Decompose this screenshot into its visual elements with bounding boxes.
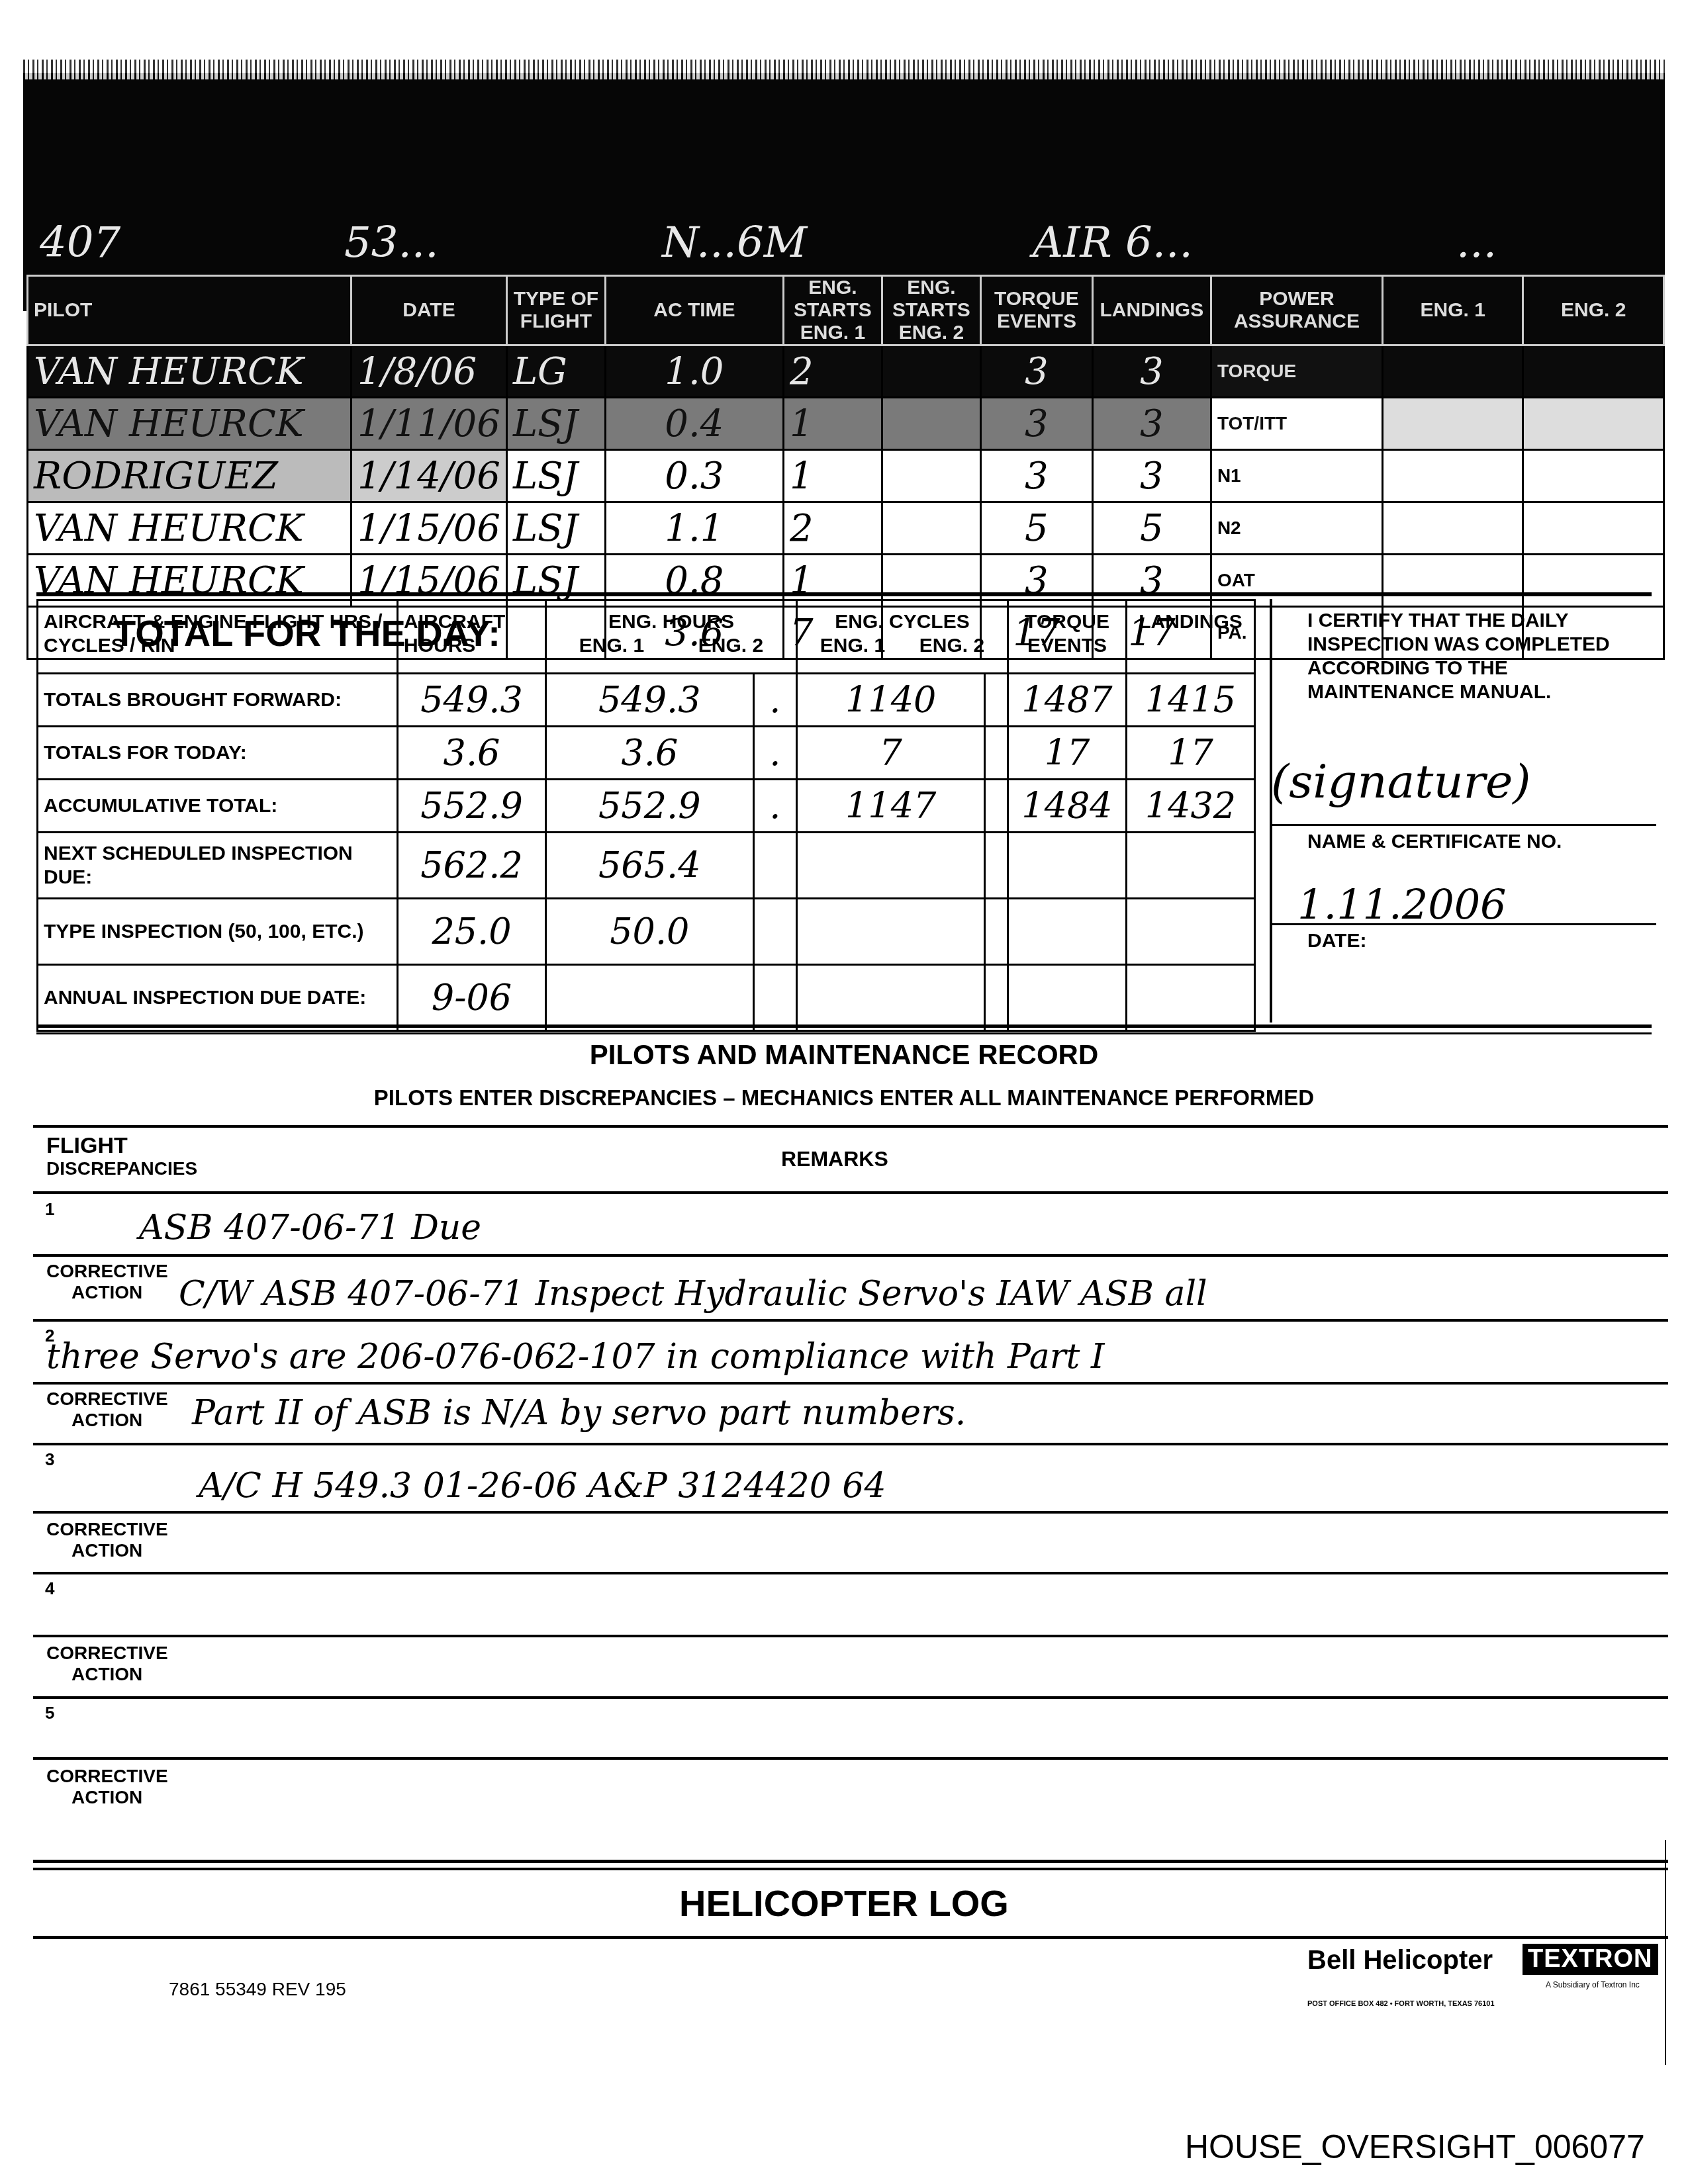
torque-events: 1487 [1008, 674, 1127, 727]
starts-eng1: 1 [783, 398, 882, 450]
divider [33, 1443, 1668, 1445]
torque-events [1008, 965, 1127, 1031]
cert-divider [1270, 599, 1272, 1023]
flight-row: VAN HEURCK 1/15/06 LSJ 1.1 2 5 5 N2 [28, 502, 1664, 555]
eng1-hours: 565.4 [546, 833, 754, 899]
name-certificate-label: NAME & CERTIFICATE NO. [1307, 831, 1562, 853]
aircraft-hours-header: AIRCRAFT HOURS [398, 600, 546, 674]
flight-date: 1/8/06 [352, 345, 507, 398]
corrective-action-label: CORRECTIVEACTION [46, 1261, 168, 1303]
eng2-sub: ENG. 2 [698, 634, 763, 658]
eng1-hours: 549.3 [546, 674, 754, 727]
eng2-cycles [985, 833, 1008, 899]
pa-eng1-value [1382, 555, 1523, 607]
corrective-word: CORRECTIVE [46, 1388, 168, 1410]
form-title: HELICOPTER LOG [0, 1882, 1688, 1925]
torque-events: 3 [980, 398, 1092, 450]
eng1-hours [546, 965, 754, 1031]
discrepancy-text: A/C H 549.3 01-26-06 A&P 3124420 64 [199, 1466, 886, 1506]
flight-row: VAN HEURCK 1/11/06 LSJ 0.4 1 3 3 TOT/ITT [28, 398, 1664, 450]
torque-events: 3 [980, 345, 1092, 398]
pa-eng1-value [1382, 345, 1523, 398]
corrective-word: CORRECTIVE [46, 1519, 168, 1540]
col-pa-eng2: ENG. 2 [1523, 276, 1664, 345]
divider [33, 1696, 1668, 1699]
pa-eng1-value [1382, 450, 1523, 502]
pa-label: TOT/ITT [1211, 398, 1382, 450]
torque-events: 3 [980, 450, 1092, 502]
starts-eng1: 2 [783, 345, 882, 398]
eng2-hours: . [753, 727, 796, 780]
flight-date: 1/14/06 [352, 450, 507, 502]
torque-header: TORQUE EVENTS [1008, 600, 1127, 674]
aircraft-hours: 3.6 [398, 727, 546, 780]
divider [33, 1382, 1668, 1385]
col-date: DATE [352, 276, 507, 345]
divider [33, 1319, 1668, 1322]
row-label: TYPE INSPECTION (50, 100, ETC.) [38, 899, 398, 965]
totals-row: ANNUAL INSPECTION DUE DATE: 9-06 [38, 965, 1255, 1031]
col-pa-eng1: ENG. 1 [1382, 276, 1523, 345]
pilot-name: VAN HEURCK [28, 398, 352, 450]
corrective-text: Part II of ASB is N/A by servo part numb… [192, 1393, 966, 1433]
eng1-cycles: 1147 [797, 780, 985, 833]
bates-number: HOUSE_OVERSIGHT_006077 [1185, 2128, 1645, 2166]
date-line [1272, 923, 1656, 925]
row-label: NEXT SCHEDULED INSPECTION DUE: [38, 833, 398, 899]
divider [33, 1572, 1668, 1574]
landings: 1432 [1127, 780, 1255, 833]
divider [33, 1936, 1668, 1939]
flight-time: 0.3 [605, 450, 783, 502]
divider [33, 1635, 1668, 1637]
pa-eng1-value [1382, 398, 1523, 450]
landings [1127, 965, 1255, 1031]
row-label: TOTALS FOR TODAY: [38, 727, 398, 780]
model-value: 407 [40, 218, 120, 267]
discrepancy-text: three Servo's are 206-076-062-107 in com… [46, 1337, 1105, 1377]
textron-logo: TEXTRON [1523, 1944, 1658, 1975]
col-landings: LANDINGS [1092, 276, 1211, 345]
maintenance-title: PILOTS AND MAINTENANCE RECORD [0, 1039, 1688, 1071]
action-word: ACTION [46, 1410, 168, 1431]
flight-table-header: PILOT DATE TYPE OF FLIGHT AC TIME ENG. S… [28, 276, 1664, 345]
col-torque: TORQUE EVENTS [980, 276, 1092, 345]
totals-table: AIRCRAFT & ENGINE FLIGHT HRS / CYCLES / … [36, 599, 1256, 1032]
flight-time: 1.0 [605, 345, 783, 398]
pilot-name: VAN HEURCK [28, 345, 352, 398]
torque-events [1008, 833, 1127, 899]
flight-time: 1.1 [605, 502, 783, 555]
divider [33, 1860, 1668, 1863]
pa-label: TORQUE [1211, 345, 1382, 398]
action-word: ACTION [46, 1664, 168, 1685]
aircraft-hours: 25.0 [398, 899, 546, 965]
flight-date: 1/11/06 [352, 398, 507, 450]
totals-row: TYPE INSPECTION (50, 100, ETC.) 25.0 50.… [38, 899, 1255, 965]
corrective-action-label: CORRECTIVEACTION [46, 1766, 168, 1808]
corrective-text: C/W ASB 407-06-71 Inspect Hydraulic Serv… [179, 1274, 1207, 1314]
inspector-signature: (signature) [1271, 754, 1531, 809]
eng1-hours: 3.6 [546, 727, 754, 780]
corrective-action-label: CORRECTIVEACTION [46, 1643, 168, 1685]
discrepancy-text: ASB 407-06-71 Due [139, 1208, 481, 1248]
pa-eng2-value [1523, 502, 1664, 555]
entry-number: 4 [45, 1578, 54, 1599]
eng1-cycles: 7 [797, 727, 985, 780]
right-edge-line [1665, 1840, 1666, 2065]
col-type: TYPE OF FLIGHT [506, 276, 605, 345]
entry-number: 5 [45, 1703, 54, 1723]
landings: 17 [1127, 727, 1255, 780]
eng2-hours [753, 899, 796, 965]
form-number: 7861 55349 REV 195 [169, 1979, 346, 2000]
pa-eng2-value [1523, 345, 1664, 398]
divider [36, 1032, 1652, 1034]
pa-eng2-value [1523, 450, 1664, 502]
flight-row: RODRIGUEZ 1/14/06 LSJ 0.3 1 3 3 N1 [28, 450, 1664, 502]
eng2-cycles [985, 899, 1008, 965]
corrective-action-label: CORRECTIVEACTION [46, 1519, 168, 1561]
pa-eng2-value [1523, 398, 1664, 450]
divider [36, 592, 1652, 596]
starts-eng1: 1 [783, 450, 882, 502]
eng2-sub: ENG. 2 [919, 634, 984, 658]
torque-events: 5 [980, 502, 1092, 555]
action-word: ACTION [46, 1787, 168, 1808]
landings [1127, 899, 1255, 965]
starts-eng2 [882, 345, 980, 398]
corrective-word: CORRECTIVE [46, 1643, 168, 1664]
divider [33, 1191, 1668, 1194]
pa-label: N1 [1211, 450, 1382, 502]
eng2-hours: . [753, 780, 796, 833]
eng2-hours [753, 833, 796, 899]
eng2-cycles [985, 780, 1008, 833]
col-power-assurance: POWER ASSURANCE [1211, 276, 1382, 345]
eng2-hours: . [753, 674, 796, 727]
torque-events [1008, 899, 1127, 965]
eng-hours-title: ENG. HOURS [552, 610, 790, 634]
maintenance-subtitle: PILOTS ENTER DISCREPANCIES – MECHANICS E… [0, 1085, 1688, 1111]
landings [1127, 833, 1255, 899]
bell-logo: Bell Helicopter [1307, 1946, 1493, 1976]
eng2-cycles [985, 674, 1008, 727]
aircraft-hours: 9-06 [398, 965, 546, 1031]
flight-type: LSJ [506, 502, 605, 555]
starts-eng2 [882, 502, 980, 555]
entry-number: 3 [45, 1449, 54, 1470]
eng-cycles-header: ENG. CYCLES ENG. 1ENG. 2 [797, 600, 1008, 674]
pa-eng1-value [1382, 502, 1523, 555]
extra-value: ... [1456, 218, 1497, 267]
landings: 3 [1092, 398, 1211, 450]
landings: 1415 [1127, 674, 1255, 727]
aircraft-hours: 549.3 [398, 674, 546, 727]
row-label: ANNUAL INSPECTION DUE DATE: [38, 965, 398, 1031]
flight-type: LSJ [506, 450, 605, 502]
flight-type: LSJ [506, 398, 605, 450]
row-label: TOTALS BROUGHT FORWARD: [38, 674, 398, 727]
eng1-sub: ENG. 1 [820, 634, 885, 658]
eng2-cycles [985, 965, 1008, 1031]
landings-header: LANDINGS [1127, 600, 1255, 674]
starts-eng1: 2 [783, 502, 882, 555]
signature-line [1272, 824, 1656, 826]
divider [33, 1868, 1668, 1870]
divider [33, 1757, 1668, 1760]
row-label: ACCUMULATIVE TOTAL: [38, 780, 398, 833]
divider [33, 1511, 1668, 1514]
owner-value: AIR 6... [1033, 218, 1193, 267]
totals-label-header: AIRCRAFT & ENGINE FLIGHT HRS / CYCLES / … [38, 600, 398, 674]
eng-cycles-title: ENG. CYCLES [803, 610, 1002, 634]
action-word: ACTION [46, 1540, 168, 1561]
totals-row: TOTALS FOR TODAY: 3.6 3.6 . 7 17 17 [38, 727, 1255, 780]
serial-value: 53... [344, 218, 438, 267]
divider [33, 1125, 1668, 1128]
flight-col-label: FLIGHT [46, 1133, 128, 1159]
eng1-cycles [797, 833, 985, 899]
flight-date: 1/15/06 [352, 502, 507, 555]
eng-hours-header: ENG. HOURS ENG. 1ENG. 2 [546, 600, 797, 674]
divider [33, 1254, 1668, 1257]
eng1-hours: 50.0 [546, 899, 754, 965]
date-label: DATE: [1307, 930, 1366, 952]
address-text: POST OFFICE BOX 482 • FORT WORTH, TEXAS … [1307, 2000, 1495, 2008]
pa-eng2-value [1523, 555, 1664, 607]
remarks-col-label: REMARKS [781, 1147, 888, 1171]
corrective-word: CORRECTIVE [46, 1766, 168, 1787]
starts-eng2 [882, 450, 980, 502]
totals-row: NEXT SCHEDULED INSPECTION DUE: 562.2 565… [38, 833, 1255, 899]
registration-value: N...6M [662, 218, 807, 267]
flight-time: 0.4 [605, 398, 783, 450]
eng1-sub: ENG. 1 [579, 634, 644, 658]
pilot-name: RODRIGUEZ [28, 450, 352, 502]
landings: 3 [1092, 345, 1211, 398]
landings: 5 [1092, 502, 1211, 555]
eng1-cycles [797, 965, 985, 1031]
aircraft-hours: 552.9 [398, 780, 546, 833]
cert-date-value: 1.11.2006 [1297, 880, 1507, 929]
col-time: AC TIME [605, 276, 783, 345]
certification-text: I CERTIFY THAT THE DAILY INSPECTION WAS … [1307, 609, 1652, 704]
eng1-cycles [797, 899, 985, 965]
pilot-name: VAN HEURCK [28, 502, 352, 555]
totals-row: TOTALS BROUGHT FORWARD: 549.3 549.3 . 11… [38, 674, 1255, 727]
starts-eng2 [882, 398, 980, 450]
col-pilot: PILOT [28, 276, 352, 345]
subsidiary-text: A Subsidiary of Textron Inc [1546, 1980, 1640, 1989]
torque-events: 17 [1008, 727, 1127, 780]
col-starts-eng2: ENG. STARTS ENG. 2 [882, 276, 980, 345]
corrective-action-label: CORRECTIVEACTION [46, 1388, 168, 1431]
col-starts-eng1: ENG. STARTS ENG. 1 [783, 276, 882, 345]
landings: 3 [1092, 450, 1211, 502]
action-word: ACTION [46, 1282, 168, 1303]
divider [36, 1024, 1652, 1028]
eng1-hours: 552.9 [546, 780, 754, 833]
flight-row: VAN HEURCK 1/8/06 LG 1.0 2 3 3 TORQUE [28, 345, 1664, 398]
eng2-hours [753, 965, 796, 1031]
discrepancies-col-label: DISCREPANCIES [46, 1158, 197, 1179]
eng2-cycles [985, 727, 1008, 780]
pa-label: N2 [1211, 502, 1382, 555]
flight-type: LG [506, 345, 605, 398]
torque-events: 1484 [1008, 780, 1127, 833]
entry-number: 1 [45, 1199, 54, 1220]
eng1-cycles: 1140 [797, 674, 985, 727]
corrective-word: CORRECTIVE [46, 1261, 168, 1282]
totals-row: ACCUMULATIVE TOTAL: 552.9 552.9 . 1147 1… [38, 780, 1255, 833]
aircraft-hours: 562.2 [398, 833, 546, 899]
